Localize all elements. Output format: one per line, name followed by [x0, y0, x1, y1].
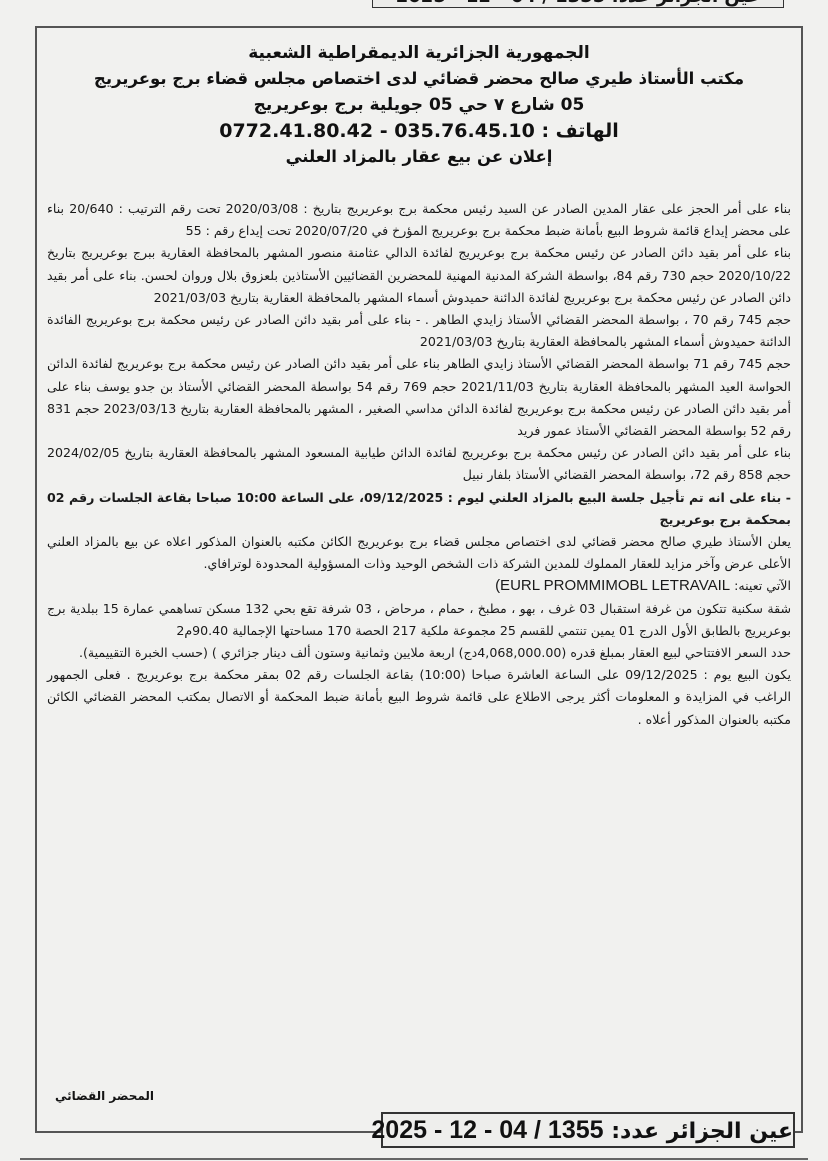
top-issue-text: عين الجزائر عدد: 1355 / 04 - 12 - 2025 — [396, 0, 760, 7]
paragraph-announcement: يعلن الأستاذ طيري صالح محضر قضائي لدى اخ… — [47, 531, 791, 575]
office-address: 05 شارع ٧ حي 05 جويلية برج بوعريريج — [37, 92, 801, 118]
paragraph-creditor-3: حجم 745 رقم 71 بواسطة المحضر القضائي الأ… — [47, 353, 791, 442]
paragraph-seizure-order: بناء على أمر الحجز على عقار المدين الصاد… — [47, 198, 791, 242]
notice-title: إعلان عن بيع عقار بالمزاد العلني — [37, 144, 801, 170]
company-name: (EURL PROMMIMOBL LETRAVAIL — [495, 577, 730, 594]
bottom-divider — [20, 1158, 808, 1160]
notice-header: الجمهورية الجزائرية الديمقراطية الشعبية … — [37, 40, 801, 170]
footer-label: عين الجزائر عدد: — [611, 1119, 793, 1144]
designation-label: الآتي تعينه: — [734, 578, 791, 593]
office-phone: الهاتف : 035.76.45.10 - 0772.41.80.42 — [37, 118, 801, 144]
top-issue-strip: عين الجزائر عدد: 1355 / 04 - 12 - 2025 — [372, 0, 784, 8]
paragraph-creditor-2: حجم 745 رقم 70 ، بواسطة المحضر القضائي ا… — [47, 309, 791, 353]
footer-issue-tag: عين الجزائر عدد: 1355 / 04 - 12 - 2025 — [381, 1112, 795, 1148]
republic-title: الجمهورية الجزائرية الديمقراطية الشعبية — [37, 40, 801, 66]
legal-notice-box: الجمهورية الجزائرية الديمقراطية الشعبية … — [35, 26, 803, 1133]
paragraph-property-description: شقة سكنية تتكون من غرفة استقبال 03 غرف ،… — [47, 598, 791, 642]
paragraph-creditor-4: بناء على أمر بقيد دائن الصادر عن رئيس مح… — [47, 442, 791, 486]
paragraph-creditor-1: بناء على أمر بقيد دائن الصادر عن رئيس مح… — [47, 242, 791, 309]
paragraph-postponement: - بناء على انه تم تأجيل جلسة البيع بالمز… — [47, 487, 791, 531]
paragraph-designation: الآتي تعينه: (EURL PROMMIMOBL LETRAVAIL — [47, 575, 791, 597]
notice-body: بناء على أمر الحجز على عقار المدين الصاد… — [47, 198, 791, 731]
footer-issue-number: 1355 / 04 - 12 - 2025 — [371, 1116, 603, 1144]
paragraph-sale-date: يكون البيع يوم : 09/12/2025 على الساعة ا… — [47, 664, 791, 731]
paragraph-opening-price: حدد السعر الافتتاحي لبيع العقار بمبلغ قد… — [47, 642, 791, 664]
signature: المحضر القضائي — [55, 1089, 154, 1103]
office-title: مكتب الأستاذ طيري صالح محضر قضائي لدى اخ… — [37, 66, 801, 92]
